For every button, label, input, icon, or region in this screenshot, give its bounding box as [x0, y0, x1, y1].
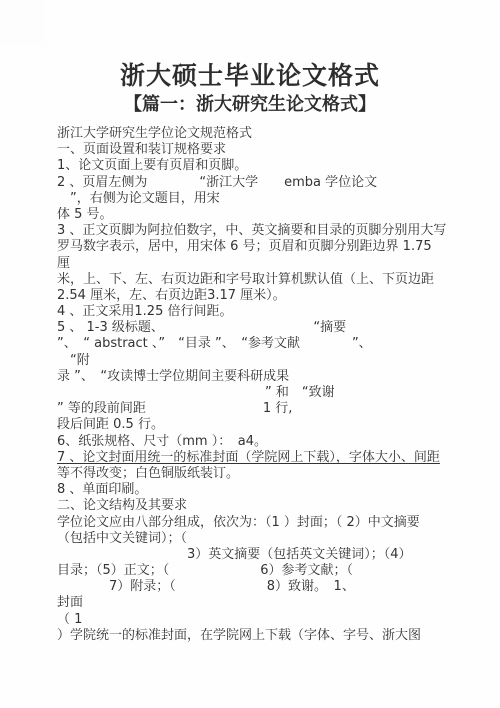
body-line: 7）附录；（ 8）致谢。 1、 [57, 579, 450, 595]
body-line: 段后间距 0.5 行。 [57, 417, 450, 433]
body-line: “附 [57, 353, 450, 369]
body-line: 学位论文应由八部分组成，依次为：（1 ）封面；（ 2）中文摘要 [57, 515, 450, 531]
body-line: 2.54 厘米，左、右页边距3.17 厘米）。 [57, 288, 450, 304]
body-line: 5 、 1-3 级标题、 “摘要 [57, 320, 450, 336]
body-line: 罗马数字表示，居中，用宋体 6 号；页眉和页脚分别距边界 1.75 [57, 239, 450, 255]
section-heading: 【篇一：浙大研究生论文格式】 [0, 90, 500, 116]
body-line: ）学院统一的标准封面，在学院网上下载（字体、字号、浙大图 [57, 628, 450, 644]
body-line: 体 5 号。 [57, 207, 450, 223]
body-line: 1、论文页面上要有页眉和页脚。 [57, 158, 450, 174]
body-line: 浙江大学研究生学位论文规范格式 [57, 126, 450, 142]
body-line: 米，上、下、左、右页边距和字号取计算机默认值（上、下页边距 [57, 272, 450, 288]
body-line: 7 、论文封面用统一的标准封面（学院网上下载），字体大小、间距 [57, 450, 450, 466]
body-line: 二、论文结构及其要求 [57, 498, 450, 514]
body-line: 6、纸张规格、尺寸（mm ）： a4。 [57, 434, 450, 450]
body-line: 8 、单面印刷。 [57, 482, 450, 498]
body-line: （包括中文关键词）；（ [57, 531, 450, 547]
body-line: 目录；（5）正文；（ 6）参考文献；（ [57, 563, 450, 579]
document-body: 浙江大学研究生学位论文规范格式一、页面设置和装订规格要求1、论文页面上要有页眉和… [57, 126, 450, 644]
body-line: （ 1 [57, 612, 450, 628]
body-line: ”、 “ abstract 、” “目录 ”、 “参考文献 ”、 [57, 336, 450, 352]
body-line: ”，右侧为论文题目，用宋 [57, 191, 450, 207]
body-line: 4 、正文采用1.25 倍行间距。 [57, 304, 450, 320]
body-line: 3）英文摘要（包括英文关键词）；（4） [57, 547, 450, 563]
body-line: 录 ”、 “攻读博士学位期间主要科研成果 [57, 369, 450, 385]
body-line: 一、页面设置和装订规格要求 [57, 142, 450, 158]
body-line: 等不得改变；白色铜版纸装订。 [57, 466, 450, 482]
body-line: 封面 [57, 595, 450, 611]
body-line: ” 和 “致谢 [57, 385, 450, 401]
document-title: 浙大硕士毕业论文格式 [0, 56, 500, 92]
document-page: 浙大硕士毕业论文格式 【篇一：浙大研究生论文格式】 浙江大学研究生学位论文规范格… [0, 0, 500, 708]
body-line: 厘 [57, 256, 450, 272]
scan-artifact [0, 0, 46, 46]
body-line: ” 等的段前间距 1 行, [57, 401, 450, 417]
body-line: 3 、正文页脚为阿拉伯数字，中、英文摘要和目录的页脚分别用大写 [57, 223, 450, 239]
body-line: 2 、页眉左侧为 “浙江大学 emba 学位论文 [57, 175, 450, 191]
